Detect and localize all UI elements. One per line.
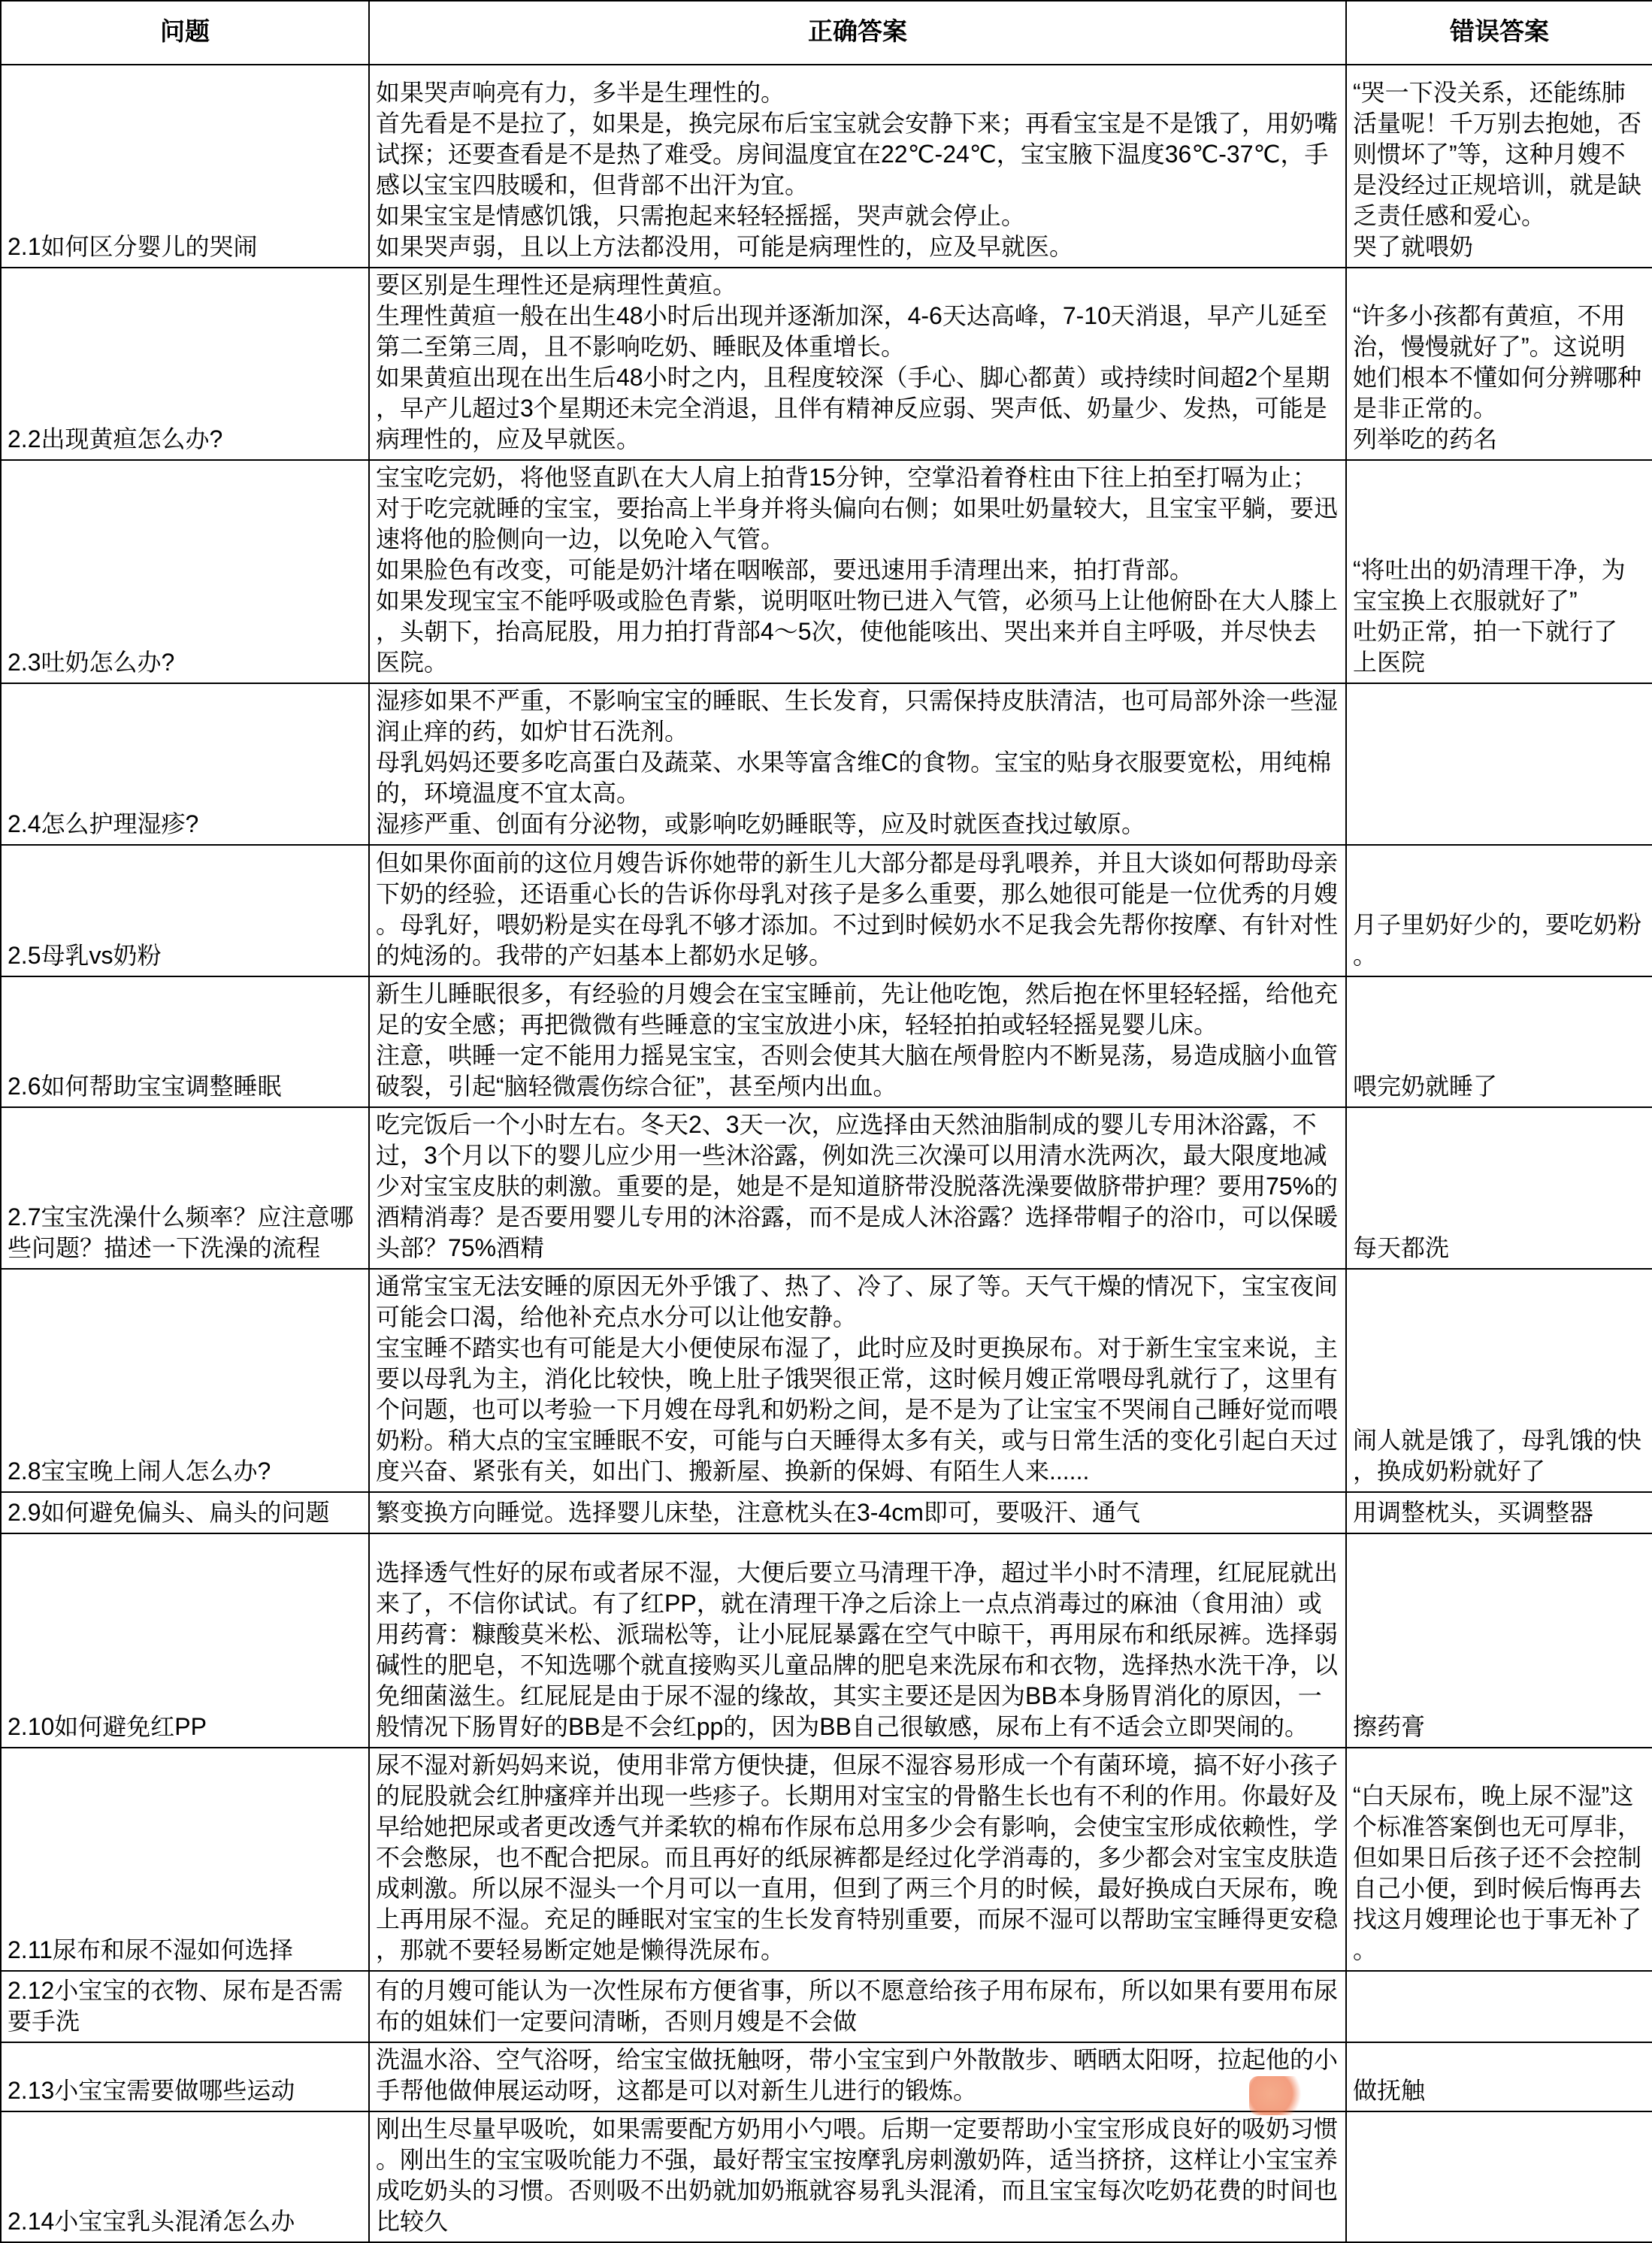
question-cell: 2.6如何帮助宝宝调整睡眠 [1,976,369,1107]
table-row: 2.4怎么护理湿疹? 湿疹如果不严重，不影响宝宝的睡眠、生长发育，只需保持皮肤清… [1,683,1652,845]
correct-answer-cell: 但如果你面前的这位月嫂告诉你她带的新生儿大部分都是母乳喂养，并且大谈如何帮助母亲… [369,845,1346,976]
table-row: 2.10如何避免红PP 选择透气性好的尿布或者尿不湿，大便后要立马清理干净，超过… [1,1533,1652,1748]
table-row: 2.5母乳vs奶粉 但如果你面前的这位月嫂告诉你她带的新生儿大部分都是母乳喂养，… [1,845,1652,976]
correct-answer-cell: 刚出生尽量早吸吮，如果需要配方奶用小勺喂。后期一定要帮助小宝宝形成良好的吸奶习惯… [369,2111,1346,2242]
table-row: 2.12小宝宝的衣物、尿布是否需要手洗 有的月嫂可能认为一次性尿布方便省事，所以… [1,1971,1652,2042]
table-row: 2.6如何帮助宝宝调整睡眠 新生儿睡眠很多，有经验的月嫂会在宝宝睡前，先让他吃饱… [1,976,1652,1107]
table-row: 2.8宝宝晚上闹人怎么办? 通常宝宝无法安睡的原因无外乎饿了、热了、冷了、尿了等… [1,1269,1652,1492]
correct-answer-cell: 新生儿睡眠很多，有经验的月嫂会在宝宝睡前，先让他吃饱，然后抱在怀里轻轻摇，给他充… [369,976,1346,1107]
column-header-correct: 正确答案 [369,1,1346,65]
correct-answer-cell: 如果哭声响亮有力，多半是生理性的。 首先看是不是拉了，如果是，换完尿布后宝宝就会… [369,65,1346,268]
wrong-answer-cell: 喂完奶就睡了 [1346,976,1652,1107]
question-cell: 2.11尿布和尿不湿如何选择 [1,1748,369,1971]
table-row: 2.13小宝宝需要做哪些运动 洗温水浴、空气浴呀，给宝宝做抚触呀，带小宝宝到户外… [1,2042,1652,2111]
wrong-answer-cell: 做抚触 [1346,2042,1652,2111]
correct-answer-cell: 尿不湿对新妈妈来说，使用非常方便快捷，但尿不湿容易形成一个有菌环境，搞不好小孩子… [369,1748,1346,1971]
correct-answer-cell: 宝宝吃完奶，将他竖直趴在大人肩上拍背15分钟，空掌沿着脊柱由下往上拍至打嗝为止；… [369,460,1346,683]
wrong-answer-cell: 月子里奶好少的，要吃奶粉。 [1346,845,1652,976]
correct-answer-cell: 要区别是生理性还是病理性黄疸。 生理性黄疸一般在出生48小时后出现并逐渐加深，4… [369,268,1346,460]
wrong-answer-cell: “许多小孩都有黄疸，不用治，慢慢就好了”。这说明她们根本不懂如何分辨哪种是非正常… [1346,268,1652,460]
correct-answer-cell: 洗温水浴、空气浴呀，给宝宝做抚触呀，带小宝宝到户外散散步、晒晒太阳呀，拉起他的小… [369,2042,1346,2111]
correct-answer-cell: 选择透气性好的尿布或者尿不湿，大便后要立马清理干净，超过半小时不清理，红屁屁就出… [369,1533,1346,1748]
table-row: 2.11尿布和尿不湿如何选择 尿不湿对新妈妈来说，使用非常方便快捷，但尿不湿容易… [1,1748,1652,1971]
qa-table: 问题 正确答案 错误答案 2.1如何区分婴儿的哭闹 如果哭声响亮有力，多半是生理… [0,0,1652,2243]
question-cell: 2.12小宝宝的衣物、尿布是否需要手洗 [1,1971,369,2042]
wrong-answer-cell: 擦药膏 [1346,1533,1652,1748]
question-cell: 2.1如何区分婴儿的哭闹 [1,65,369,268]
correct-answer-cell: 通常宝宝无法安睡的原因无外乎饿了、热了、冷了、尿了等。天气干燥的情况下，宝宝夜间… [369,1269,1346,1492]
wrong-answer-cell: 用调整枕头，买调整器 [1346,1492,1652,1533]
question-cell: 2.14小宝宝乳头混淆怎么办 [1,2111,369,2242]
question-cell: 2.5母乳vs奶粉 [1,845,369,976]
question-cell: 2.13小宝宝需要做哪些运动 [1,2042,369,2111]
column-header-question: 问题 [1,1,369,65]
wrong-answer-cell: “哭一下没关系，还能练肺活量呢！千万别去抱她，否则惯坏了”等，这种月嫂不是没经过… [1346,65,1652,268]
question-cell: 2.9如何避免偏头、扁头的问题 [1,1492,369,1533]
wrong-answer-cell: “将吐出的奶清理干净，为宝宝换上衣服就好了” 吐奶正常，拍一下就行了 上医院 [1346,460,1652,683]
wrong-answer-cell: 闹人就是饿了，母乳饿的快，换成奶粉就好了 [1346,1269,1652,1492]
correct-answer-cell: 湿疹如果不严重，不影响宝宝的睡眠、生长发育，只需保持皮肤清洁，也可局部外涂一些湿… [369,683,1346,845]
column-header-wrong: 错误答案 [1346,1,1652,65]
table-row: 2.14小宝宝乳头混淆怎么办 刚出生尽量早吸吮，如果需要配方奶用小勺喂。后期一定… [1,2111,1652,2242]
wrong-answer-cell: “白天尿布，晚上尿不湿”这个标准答案倒也无可厚非，但如果日后孩子还不会控制自己小… [1346,1748,1652,1971]
wrong-answer-cell [1346,683,1652,845]
table-row: 2.9如何避免偏头、扁头的问题 繁变换方向睡觉。选择婴儿床垫，注意枕头在3-4c… [1,1492,1652,1533]
correct-answer-cell: 有的月嫂可能认为一次性尿布方便省事，所以不愿意给孩子用布尿布，所以如果有要用布尿… [369,1971,1346,2042]
correct-answer-cell: 吃完饭后一个小时左右。冬天2、3天一次，应选择由天然油脂制成的婴儿专用沐浴露，不… [369,1107,1346,1269]
document-page: { "table": { "columns": ["问题", "正确答案", "… [0,0,1652,2243]
wrong-answer-cell [1346,2111,1652,2242]
question-cell: 2.10如何避免红PP [1,1533,369,1748]
question-cell: 2.8宝宝晚上闹人怎么办? [1,1269,369,1492]
wrong-answer-cell [1346,1971,1652,2042]
header-row: 问题 正确答案 错误答案 [1,1,1652,65]
correct-answer-cell: 繁变换方向睡觉。选择婴儿床垫，注意枕头在3-4cm即可，要吸汗、通气 [369,1492,1346,1533]
question-cell: 2.2出现黄疸怎么办? [1,268,369,460]
question-cell: 2.4怎么护理湿疹? [1,683,369,845]
question-cell: 2.7宝宝洗澡什么频率？应注意哪些问题？描述一下洗澡的流程 [1,1107,369,1269]
table-row: 2.2出现黄疸怎么办? 要区别是生理性还是病理性黄疸。 生理性黄疸一般在出生48… [1,268,1652,460]
wrong-answer-cell: 每天都洗 [1346,1107,1652,1269]
table-row: 2.3吐奶怎么办? 宝宝吃完奶，将他竖直趴在大人肩上拍背15分钟，空掌沿着脊柱由… [1,460,1652,683]
table-row: 2.7宝宝洗澡什么频率？应注意哪些问题？描述一下洗澡的流程 吃完饭后一个小时左右… [1,1107,1652,1269]
question-cell: 2.3吐奶怎么办? [1,460,369,683]
table-row: 2.1如何区分婴儿的哭闹 如果哭声响亮有力，多半是生理性的。 首先看是不是拉了，… [1,65,1652,268]
